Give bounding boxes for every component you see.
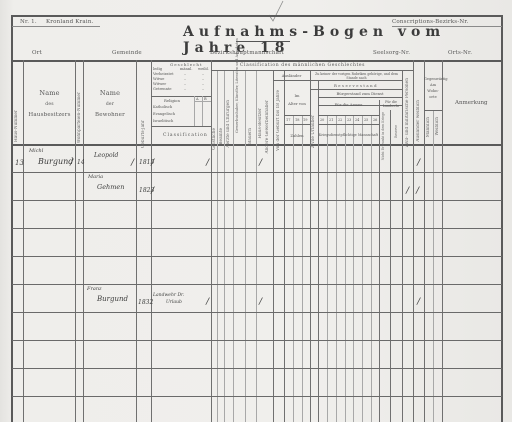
geschlecht-row-label: Getrennte [153, 87, 172, 91]
geschlecht-rows: ledig Verheiratet Witwe Witwer Getrennte [153, 67, 174, 92]
col-line-thin [336, 115, 337, 422]
anwesenheit-split [424, 110, 442, 111]
resident-name: Leopold [94, 152, 118, 159]
class-subhead-line [318, 97, 402, 98]
owner-tick: / [70, 158, 73, 168]
box-line [151, 126, 211, 127]
col-line-thin [217, 70, 218, 422]
mark: / [259, 297, 262, 307]
class-subhead-line [273, 80, 310, 81]
col-line [390, 110, 391, 422]
landwehr-vertical: Reserve [394, 125, 398, 138]
geschlecht-m-value: – [180, 87, 190, 92]
mark: / [417, 158, 420, 168]
classification-label: Classification [163, 133, 208, 138]
army-col: 25 [364, 118, 368, 122]
header-haus-nummer: Haus-Nummer [14, 110, 19, 142]
religion-col-b: B [204, 97, 207, 101]
vertical-age-label: Von der Geburt bis 18 Jahre [276, 90, 281, 151]
army-col: 24 [355, 118, 359, 122]
landwehr-vertical: Nicht Erkrankt in dem Kriege [381, 112, 385, 160]
header-name-line1: Name [24, 88, 75, 99]
col-line-thin [433, 110, 434, 422]
mark: / [206, 297, 209, 307]
class-subhead-line [310, 89, 402, 90]
row-line [12, 228, 502, 229]
field-orts-nr: Orts-Nr. [448, 50, 472, 56]
frame-right [501, 15, 503, 422]
label-underline-left [12, 26, 100, 27]
army-heading: Für die Armee [318, 102, 379, 107]
jahre-label: Im Alter von [284, 92, 310, 108]
army-col: 20 [320, 118, 324, 122]
birth-year: 1832 [138, 299, 153, 306]
col-line-thin [362, 115, 363, 422]
col-line-thin [327, 115, 328, 422]
field-bezirkshauptmannschaft: Bezirkshauptmannschaft [210, 50, 284, 56]
header-wohnpartei-nummer: Wohnparteien-Nummer [77, 92, 82, 143]
remark-line2: Urlaub [166, 300, 182, 305]
class-heading-line [211, 70, 413, 71]
field-ort: Ort [32, 50, 42, 56]
header-name-bewohner: Name der Bewohner [84, 88, 136, 121]
resident-tick: / [131, 158, 134, 168]
age-cols-top [284, 115, 310, 116]
jahre-label-line: Im [284, 92, 310, 100]
col-line-thin [371, 115, 372, 422]
age-col: 17 [286, 118, 290, 122]
class-vertical-label: Beamte [219, 128, 224, 145]
field-seelsorg-nr: Seelsorg-Nr. [373, 50, 410, 56]
row-line [12, 312, 502, 313]
header-geburtsjahr: Geburts-Jahr [141, 120, 146, 148]
box-row [194, 101, 211, 102]
party-number: 14 [77, 159, 85, 166]
form-number: Nr. 1. [20, 19, 37, 25]
other-classes-heading: Zu keiner der vorigen Rubriken gehörige,… [311, 72, 402, 80]
row-line [12, 284, 502, 285]
landwehr-heading: Für die Landwehr [380, 100, 402, 108]
owner-first-name: Michl [29, 148, 43, 154]
auslaender-heading: Ausländer [273, 73, 310, 78]
zivil-vertical: Zivile Urlauber [311, 115, 316, 148]
reserve-sub: Bürgerstand zum Dienst [318, 91, 402, 96]
header-name-hausbesitzer: Name des Hausbesitzers [24, 88, 75, 121]
religion-row-label: Israelitisch [153, 118, 175, 125]
religion-rows: Katholisch Evangelisch Israelitisch [153, 104, 175, 125]
row-line [12, 340, 502, 341]
owner-last-name: Burgund [38, 157, 73, 166]
jahre-label-line: Alter von [284, 100, 310, 108]
resident-first-name: Franz [87, 286, 102, 292]
army-col: 21 [329, 118, 333, 122]
right-vertical-label: Ausländer weiblich [416, 100, 421, 142]
army-sub: Kriegsdienstpflichtige Mannschaft [318, 133, 379, 137]
zahlen-label: Zahlen [284, 133, 310, 138]
field-gemeinde: Gemeinde [112, 50, 142, 56]
col-line [318, 80, 319, 422]
col-line-thin [233, 70, 234, 422]
col-line [379, 100, 380, 422]
geschlecht-row-label: ledig [153, 67, 162, 71]
army-cols-bottom [318, 124, 379, 125]
house-number: 13 [15, 159, 24, 167]
mark: / [206, 158, 209, 168]
col-line [273, 70, 274, 422]
age-col: 19 [303, 118, 307, 122]
geschlecht-w-col: weibl. – – – – [198, 67, 208, 92]
class-subhead-line [310, 80, 402, 81]
class-vertical-label: Gewerbsinhaber, Künstler, Literaten und … [235, 78, 239, 133]
male-classification-heading: Classification des männlichen Geschlecht… [240, 63, 365, 68]
resident-last-name: Burgund [97, 295, 128, 303]
col-line [402, 70, 403, 422]
col-line-thin [293, 115, 294, 422]
frame-left [11, 15, 13, 422]
religion-heading: Religion [164, 98, 180, 103]
header-name-line2: des [24, 99, 75, 110]
right-vertical-label: Zivil- und militärische Personen [405, 78, 410, 147]
resident-last-name: Gehmen [97, 183, 124, 191]
army-col: 26 [373, 118, 377, 122]
col-line-thin [353, 115, 354, 422]
col-line-thin [256, 70, 257, 422]
army-col: 23 [347, 118, 351, 122]
class-vertical-label: Andere Gewerbeinhaber [265, 100, 270, 154]
religion-col-a: A [196, 97, 199, 101]
army-col: 22 [338, 118, 342, 122]
header-name-line3: Hausbesitzers [24, 110, 75, 121]
mark: / [259, 158, 262, 168]
crownland-label: Kronland Krain. [46, 19, 94, 25]
header-bottom-line [12, 144, 502, 146]
row-line [12, 172, 502, 173]
class-vertical-label: Haus-Besitzer [258, 108, 263, 139]
birth-tick: / [151, 158, 154, 168]
age-col: 18 [295, 118, 299, 122]
anmerkung-heading: Anmerkung [455, 100, 488, 106]
row-line [12, 200, 502, 201]
age-cols-bottom [284, 124, 310, 125]
census-form-page: Nr. 1. Kronland Krain. Conscriptions-Bez… [0, 0, 512, 422]
header-name-line3: Bewohner [84, 110, 136, 121]
anwesenheit-heading: Gegenwärtig Am Wohn- orte [424, 76, 442, 100]
mark: / [406, 186, 409, 196]
class-vertical-label: Bauern [248, 128, 253, 144]
col-line-thin [345, 115, 346, 422]
col-line-thin [224, 70, 225, 422]
religion-row-label: Evangelisch [153, 111, 175, 118]
row-line [12, 396, 502, 397]
geschlecht-m-col: männl. – – – – [180, 67, 190, 92]
birth-tick: / [151, 186, 154, 196]
header-name-line2: der [84, 99, 136, 110]
header-top-line [12, 60, 502, 62]
frame-top [12, 15, 502, 17]
mark: / [416, 186, 419, 196]
religion-row-label: Katholisch [153, 104, 175, 111]
row-line [12, 368, 502, 369]
class-vertical-label: Geistliche [212, 128, 217, 150]
header-name-line1: Name [84, 88, 136, 99]
class-vertical-label: Aerzte und Chirurgen [226, 100, 231, 148]
remark-line1: Landwehr Dr. [153, 293, 184, 298]
col-line-thin [245, 70, 246, 422]
anwesenheit-line: orte [424, 94, 442, 100]
resident-first-name: Maria [88, 174, 103, 180]
geschlecht-row-label: Verheiratet [153, 72, 174, 76]
anwesenheit-col-m: Männlich [426, 117, 431, 137]
reserve-heading: Reservestand [310, 83, 402, 88]
anwesenheit-col-w: Weiblich [435, 117, 440, 136]
pencil-check-icon [268, 0, 284, 22]
col-line [284, 70, 285, 422]
row-line [12, 256, 502, 257]
geschlecht-row-label: Witwe [153, 77, 164, 81]
army-cols-top [318, 115, 379, 116]
col-line-thin [302, 115, 303, 422]
geschlecht-row-label: Witwer [153, 82, 166, 86]
mark: / [417, 297, 420, 307]
geschlecht-w-value: – [198, 87, 208, 92]
